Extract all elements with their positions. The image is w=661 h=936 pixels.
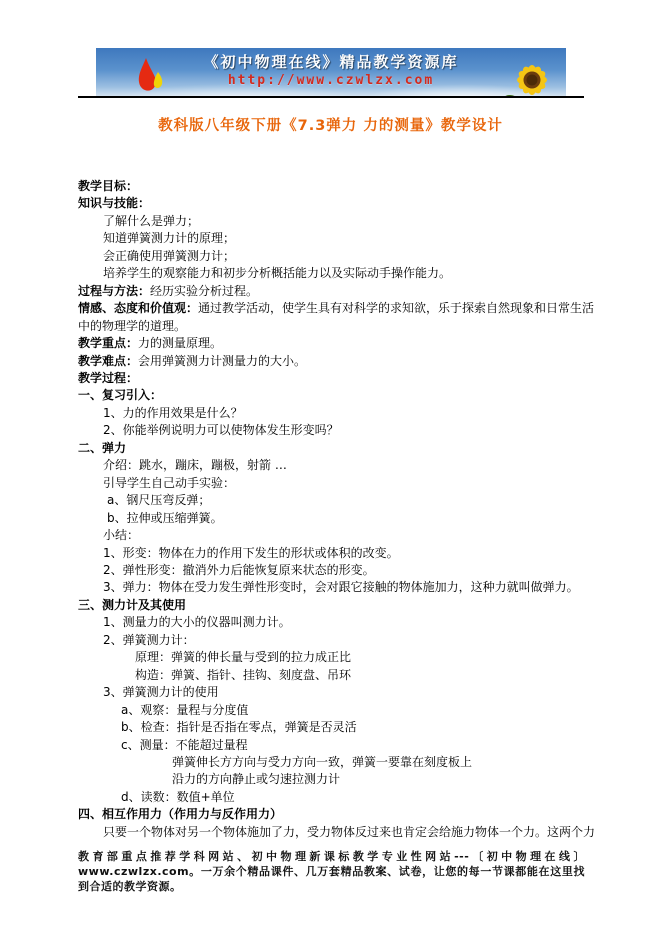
header-divider (78, 96, 584, 98)
doc-line: 四、相互作用力（作用力与反作用力） (78, 806, 586, 823)
doc-line: 知识与技能： (78, 195, 586, 212)
doc-line: 了解什么是弹力； (78, 213, 586, 230)
doc-line: 中的物理学的道理。 (78, 318, 586, 335)
doc-line: 沿力的方向静止或匀速拉测力计 (78, 771, 586, 788)
doc-line: 教学难点：会用弹簧测力计测量力的大小。 (78, 353, 586, 370)
doc-line: 过程与方法：经历实验分析过程。 (78, 283, 586, 300)
doc-line: 1、形变：物体在力的作用下发生的形状或体积的改变。 (78, 545, 586, 562)
footer-note: 教育部重点推荐学科网站、初中物理新课标教学专业性网站---〔初中物理在线〕www… (78, 849, 585, 894)
page-title: 教科版八年级下册《7.3弹力 力的测量》教学设计 (0, 114, 661, 135)
doc-line: 会正确使用弹簧测力计； (78, 248, 586, 265)
doc-line: 知道弹簧测力计的原理； (78, 230, 586, 247)
document-page: 《初中物理在线》精品教学资源库 http://www.czwlzx.com (0, 0, 661, 936)
doc-line: 小结： (78, 527, 586, 544)
doc-line: 弹簧伸长方方向与受力方向一致，弹簧一要靠在刻度板上 (78, 754, 586, 771)
doc-line: 2、你能举例说明力可以使物体发生形变吗？ (78, 422, 586, 439)
site-banner: 《初中物理在线》精品教学资源库 http://www.czwlzx.com (96, 48, 566, 97)
doc-line: 构造：弹簧、指针、挂钩、刻度盘、吊环 (78, 667, 586, 684)
doc-line: 教学目标： (78, 178, 586, 195)
doc-line: 2、弹簧测力计： (78, 632, 586, 649)
doc-line: 3、弹力：物体在受力发生弹性形变时，会对跟它接触的物体施加力，这种力就叫做弹力。 (78, 579, 586, 596)
doc-line: b、检查：指针是否指在零点，弹簧是否灵活 (78, 719, 586, 736)
doc-line: a、钢尺压弯反弹； (78, 492, 586, 509)
doc-line: 二、弹力 (78, 440, 586, 457)
doc-line: 3、弹簧测力计的使用 (78, 684, 586, 701)
doc-line: 引导学生自己动手实验： (78, 475, 586, 492)
doc-line: 原理：弹簧的伸长量与受到的拉力成正比 (78, 649, 586, 666)
banner-text: 《初中物理在线》精品教学资源库 http://www.czwlzx.com (96, 51, 566, 88)
doc-line: d、读数：数值+单位 (78, 789, 586, 806)
document-body: 教学目标：知识与技能：了解什么是弹力；知道弹簧测力计的原理；会正确使用弹簧测力计… (78, 178, 586, 841)
banner-site-url: http://www.czwlzx.com (96, 73, 566, 88)
doc-line: 教学过程： (78, 370, 586, 387)
doc-line: 2、弹性形变：撤消外力后能恢复原来状态的形变。 (78, 562, 586, 579)
doc-line: 培养学生的观察能力和初步分析概括能力以及实际动手操作能力。 (78, 265, 586, 282)
doc-line: 1、力的作用效果是什么？ (78, 405, 586, 422)
doc-line: c、测量：不能超过量程 (78, 737, 586, 754)
doc-line: 1、测量力的大小的仪器叫测力计。 (78, 614, 586, 631)
doc-line: 介绍：跳水，蹦床，蹦极，射箭 … (78, 457, 586, 474)
banner-site-title: 《初中物理在线》精品教学资源库 (96, 51, 566, 72)
doc-line: 情感、态度和价值观：通过教学活动，使学生具有对科学的求知欲，乐于探索自然现象和日… (78, 300, 586, 317)
sunflower-icon (502, 62, 554, 97)
doc-line: a、观察：量程与分度值 (78, 702, 586, 719)
doc-line: 只要一个物体对另一个物体施加了力，受力物体反过来也肯定会给施力物体一个力。这两个… (78, 824, 586, 841)
doc-line: 一、复习引入： (78, 387, 586, 404)
doc-line: 教学重点：力的测量原理。 (78, 335, 586, 352)
doc-line: 三、测力计及其使用 (78, 597, 586, 614)
doc-line: b、拉伸或压缩弹簧。 (78, 510, 586, 527)
